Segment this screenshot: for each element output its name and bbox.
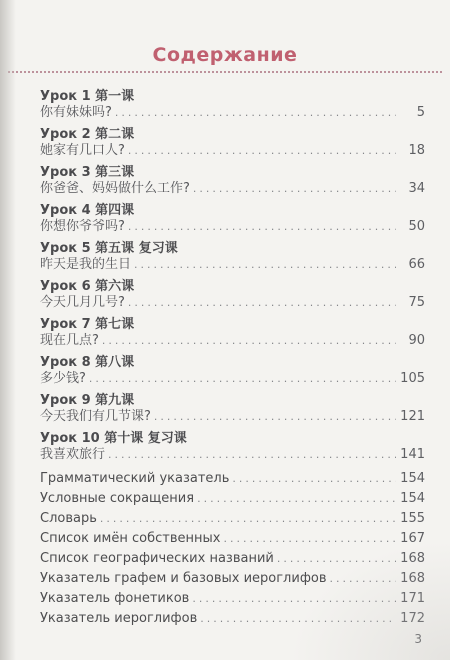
dot-leader bbox=[232, 469, 396, 489]
lesson-page-number: 141 bbox=[399, 447, 425, 462]
lesson-page-number: 18 bbox=[399, 143, 425, 158]
toc-lesson-entry-6: Урок 6 第六课 今天几月几号? 75 bbox=[40, 279, 425, 310]
lesson-page-number: 50 bbox=[399, 219, 425, 234]
lesson-title: Урок 6 第六课 bbox=[40, 279, 425, 295]
section-page-number: 168 bbox=[399, 569, 425, 589]
toc-page: Содержание Урок 1 第一课 你有妹妹吗? 5 Урок 2 第二… bbox=[0, 0, 450, 660]
lesson-title: Урок 4 第四课 bbox=[40, 203, 425, 219]
lesson-page-number: 5 bbox=[399, 105, 425, 120]
dot-leader bbox=[193, 181, 396, 196]
dot-leader bbox=[277, 549, 396, 569]
lesson-page-number: 34 bbox=[399, 181, 425, 196]
dot-leader bbox=[115, 105, 396, 120]
lesson-subtitle: 我喜欢旅行 bbox=[40, 447, 105, 462]
toc-section-grammar-index: Грамматический указатель 154 bbox=[40, 469, 425, 489]
section-page-number: 168 bbox=[399, 549, 425, 569]
lesson-subtitle: 今天我们有几节课? bbox=[40, 409, 151, 424]
toc-lesson-entry-1: Урок 1 第一课 你有妹妹吗? 5 bbox=[40, 89, 425, 120]
dot-leader bbox=[192, 589, 396, 609]
dot-leader bbox=[100, 509, 396, 529]
dot-leader bbox=[154, 409, 396, 424]
dot-leader bbox=[134, 257, 396, 272]
section-page-number: 167 bbox=[399, 529, 425, 549]
toc-lesson-entry-9: Урок 9 第九课 今天我们有几节课? 121 bbox=[40, 393, 425, 424]
toc-section-dictionary: Словарь 155 bbox=[40, 509, 425, 529]
toc-lesson-entry-7: Урок 7 第七课 现在几点? 90 bbox=[40, 317, 425, 348]
toc-lesson-entry-8: Урок 8 第八课 多少钱? 105 bbox=[40, 355, 425, 386]
lesson-subtitle: 你爸爸、妈妈做什么工作? bbox=[40, 181, 190, 196]
lesson-subtitle: 多少钱? bbox=[40, 371, 86, 386]
lesson-page-number: 66 bbox=[399, 257, 425, 272]
dot-leader bbox=[102, 333, 396, 348]
lesson-title: Урок 5 第五课 复习课 bbox=[40, 241, 425, 257]
section-label: Указатель иероглифов bbox=[40, 609, 197, 629]
section-label: Список имён собственных bbox=[40, 529, 220, 549]
lesson-title: Урок 8 第八课 bbox=[40, 355, 425, 371]
lesson-subtitle: 她家有几口人? bbox=[40, 143, 125, 158]
lesson-page-number: 90 bbox=[399, 333, 425, 348]
section-page-number: 154 bbox=[399, 469, 425, 489]
lesson-title: Урок 9 第九课 bbox=[40, 393, 425, 409]
lesson-title: Урок 7 第七课 bbox=[40, 317, 425, 333]
dot-leader bbox=[108, 447, 396, 462]
lesson-subtitle: 现在几点? bbox=[40, 333, 99, 348]
dot-leader bbox=[200, 609, 396, 629]
section-page-number: 171 bbox=[399, 589, 425, 609]
lesson-title: Урок 2 第二课 bbox=[40, 127, 425, 143]
section-label: Словарь bbox=[40, 509, 97, 529]
lesson-subtitle: 昨天是我的生日 bbox=[40, 257, 131, 272]
toc-lesson-entry-4: Урок 4 第四课 你想你爷爷吗? 50 bbox=[40, 203, 425, 234]
toc-lesson-entry-10: Урок 10 第十课 复习课 我喜欢旅行 141 bbox=[40, 431, 425, 462]
lesson-title: Урок 10 第十课 复习课 bbox=[40, 431, 425, 447]
section-label: Указатель графем и базовых иероглифов bbox=[40, 569, 327, 589]
lesson-page-number: 105 bbox=[399, 371, 425, 386]
dot-leader bbox=[330, 569, 396, 589]
toc-section-abbreviations: Условные сокращения 154 bbox=[40, 489, 425, 509]
dot-leader bbox=[128, 219, 396, 234]
dot-leader bbox=[223, 529, 396, 549]
toc-lesson-entry-5: Урок 5 第五课 复习课 昨天是我的生日 66 bbox=[40, 241, 425, 272]
section-page-number: 155 bbox=[399, 509, 425, 529]
section-label: Условные сокращения bbox=[40, 489, 194, 509]
page-title: Содержание bbox=[0, 44, 450, 66]
toc-section-proper-names: Список имён собственных 167 bbox=[40, 529, 425, 549]
toc-content: Урок 1 第一课 你有妹妹吗? 5 Урок 2 第二课 她家有几口人? 1… bbox=[0, 73, 450, 629]
toc-section-phonetics-index: Указатель фонетиков 171 bbox=[40, 589, 425, 609]
toc-section-graphemes-index: Указатель графем и базовых иероглифов 16… bbox=[40, 569, 425, 589]
section-page-number: 154 bbox=[399, 489, 425, 509]
dot-leader bbox=[128, 295, 396, 310]
toc-section-geographic-names: Список географических названий 168 bbox=[40, 549, 425, 569]
toc-lesson-entry-3: Урок 3 第三课 你爸爸、妈妈做什么工作? 34 bbox=[40, 165, 425, 196]
folio-page-number: 3 bbox=[414, 632, 422, 646]
toc-section-hieroglyphs-index: Указатель иероглифов 172 bbox=[40, 609, 425, 629]
lesson-page-number: 121 bbox=[399, 409, 425, 424]
toc-lesson-entry-2: Урок 2 第二课 她家有几口人? 18 bbox=[40, 127, 425, 158]
section-label: Список географических названий bbox=[40, 549, 274, 569]
lesson-subtitle: 今天几月几号? bbox=[40, 295, 125, 310]
dot-leader bbox=[128, 143, 396, 158]
section-label: Грамматический указатель bbox=[40, 469, 229, 489]
lesson-page-number: 75 bbox=[399, 295, 425, 310]
lesson-title: Урок 3 第三课 bbox=[40, 165, 425, 181]
dot-leader bbox=[89, 371, 396, 386]
section-page-number: 172 bbox=[399, 609, 425, 629]
dot-leader bbox=[197, 489, 396, 509]
lesson-subtitle: 你有妹妹吗? bbox=[40, 105, 112, 120]
section-label: Указатель фонетиков bbox=[40, 589, 189, 609]
lesson-title: Урок 1 第一课 bbox=[40, 89, 425, 105]
lesson-subtitle: 你想你爷爷吗? bbox=[40, 219, 125, 234]
